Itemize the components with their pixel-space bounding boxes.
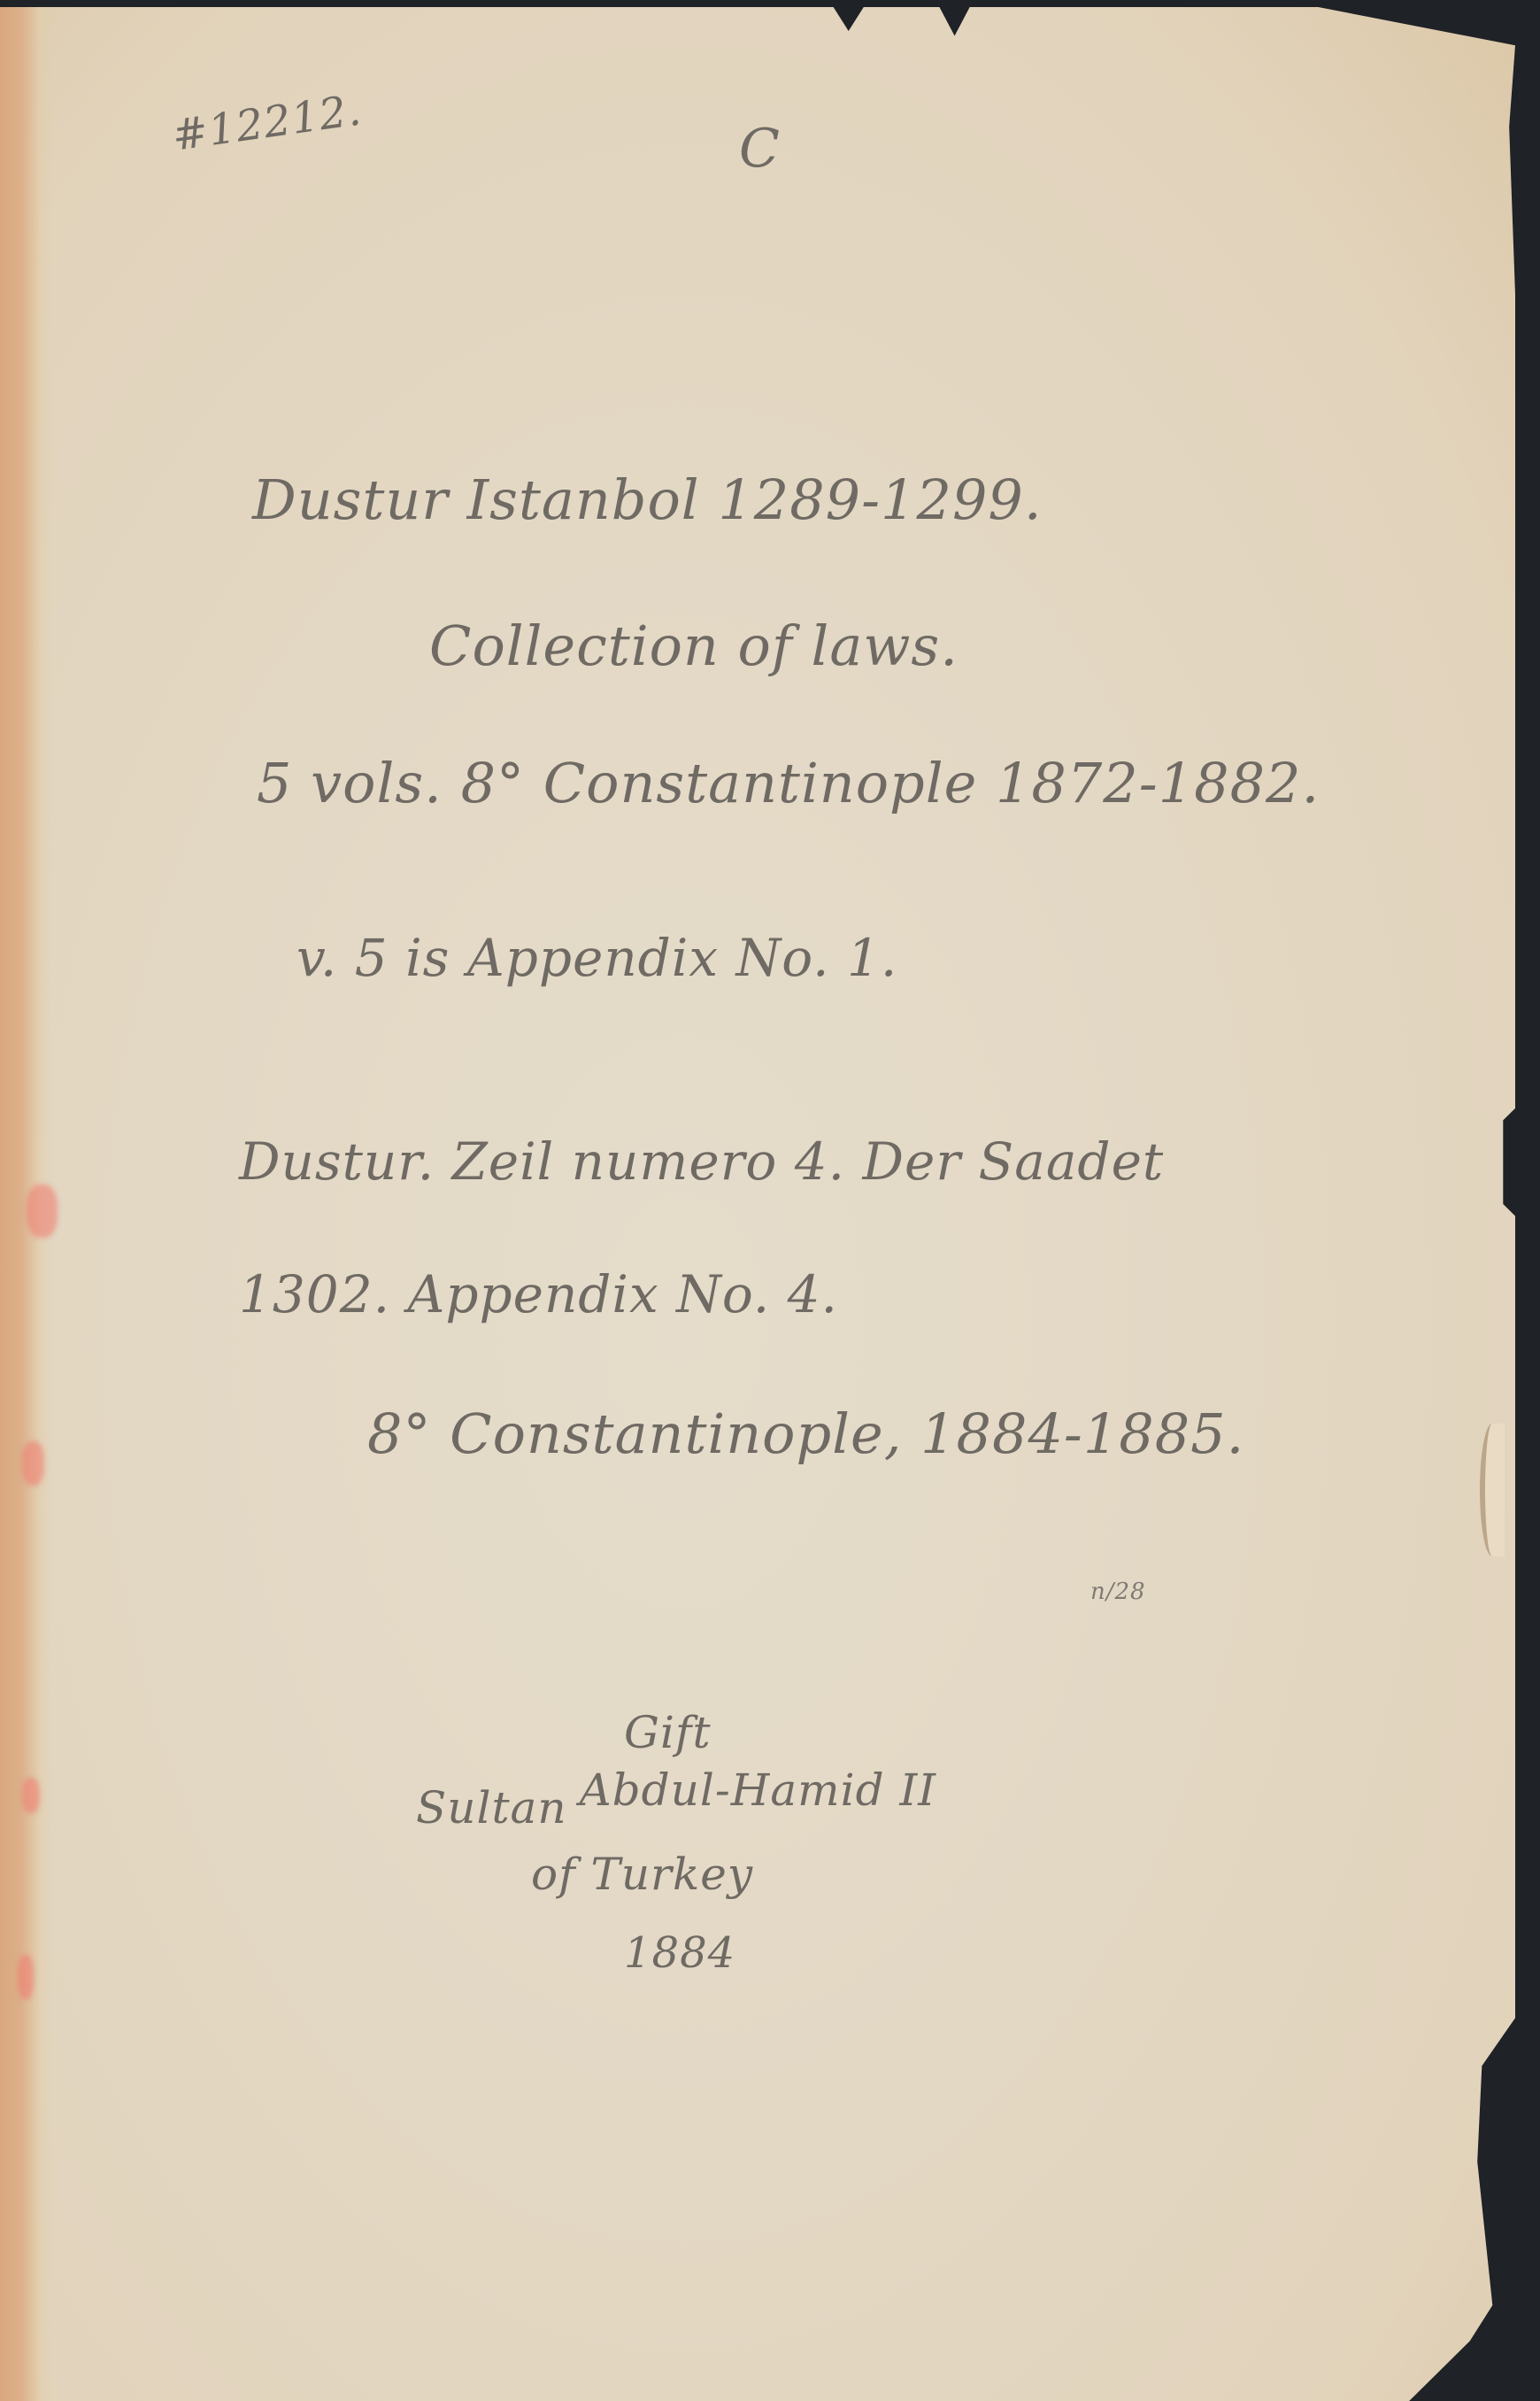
gift-year: 1884 bbox=[624, 1928, 735, 1978]
page-tear bbox=[1480, 1424, 1505, 1556]
catalog-entry-title: Dustur Istanbol 1289-1299. bbox=[252, 467, 1043, 532]
red-stain-mark bbox=[18, 1955, 34, 1999]
catalog-entry-note-2: 1302. Appendix No. 4. bbox=[239, 1264, 838, 1324]
accession-number: #12212. bbox=[169, 85, 365, 160]
document-page: #12212. C Dustur Istanbol 1289-1299. Col… bbox=[0, 7, 1515, 2401]
gift-donor-title: Sultan bbox=[416, 1782, 567, 1834]
catalog-entry-description: Collection of laws. bbox=[429, 614, 959, 678]
gift-donor-name: Abdul-Hamid II bbox=[580, 1764, 936, 1816]
gift-donor: SultanAbdul-Hamid II bbox=[416, 1764, 936, 1816]
catalog-entry-imprint-2: 8° Constantinople, 1884-1885. bbox=[367, 1401, 1244, 1466]
red-stain-mark bbox=[22, 1778, 40, 1813]
class-mark: C bbox=[739, 118, 781, 180]
catalog-entry-note: v. 5 is Appendix No. 1. bbox=[296, 928, 897, 988]
gift-label: Gift bbox=[624, 1707, 712, 1758]
red-stain-mark bbox=[27, 1185, 58, 1238]
shelf-mark: n/28 bbox=[1090, 1579, 1146, 1605]
red-stain-mark bbox=[22, 1441, 44, 1486]
gift-country: of Turkey bbox=[531, 1849, 753, 1900]
catalog-entry-title-2: Dustur. Zeil numero 4. Der Saadet bbox=[239, 1131, 1164, 1192]
catalog-entry-imprint: 5 vols. 8° Constantinople 1872-1882. bbox=[257, 751, 1320, 815]
